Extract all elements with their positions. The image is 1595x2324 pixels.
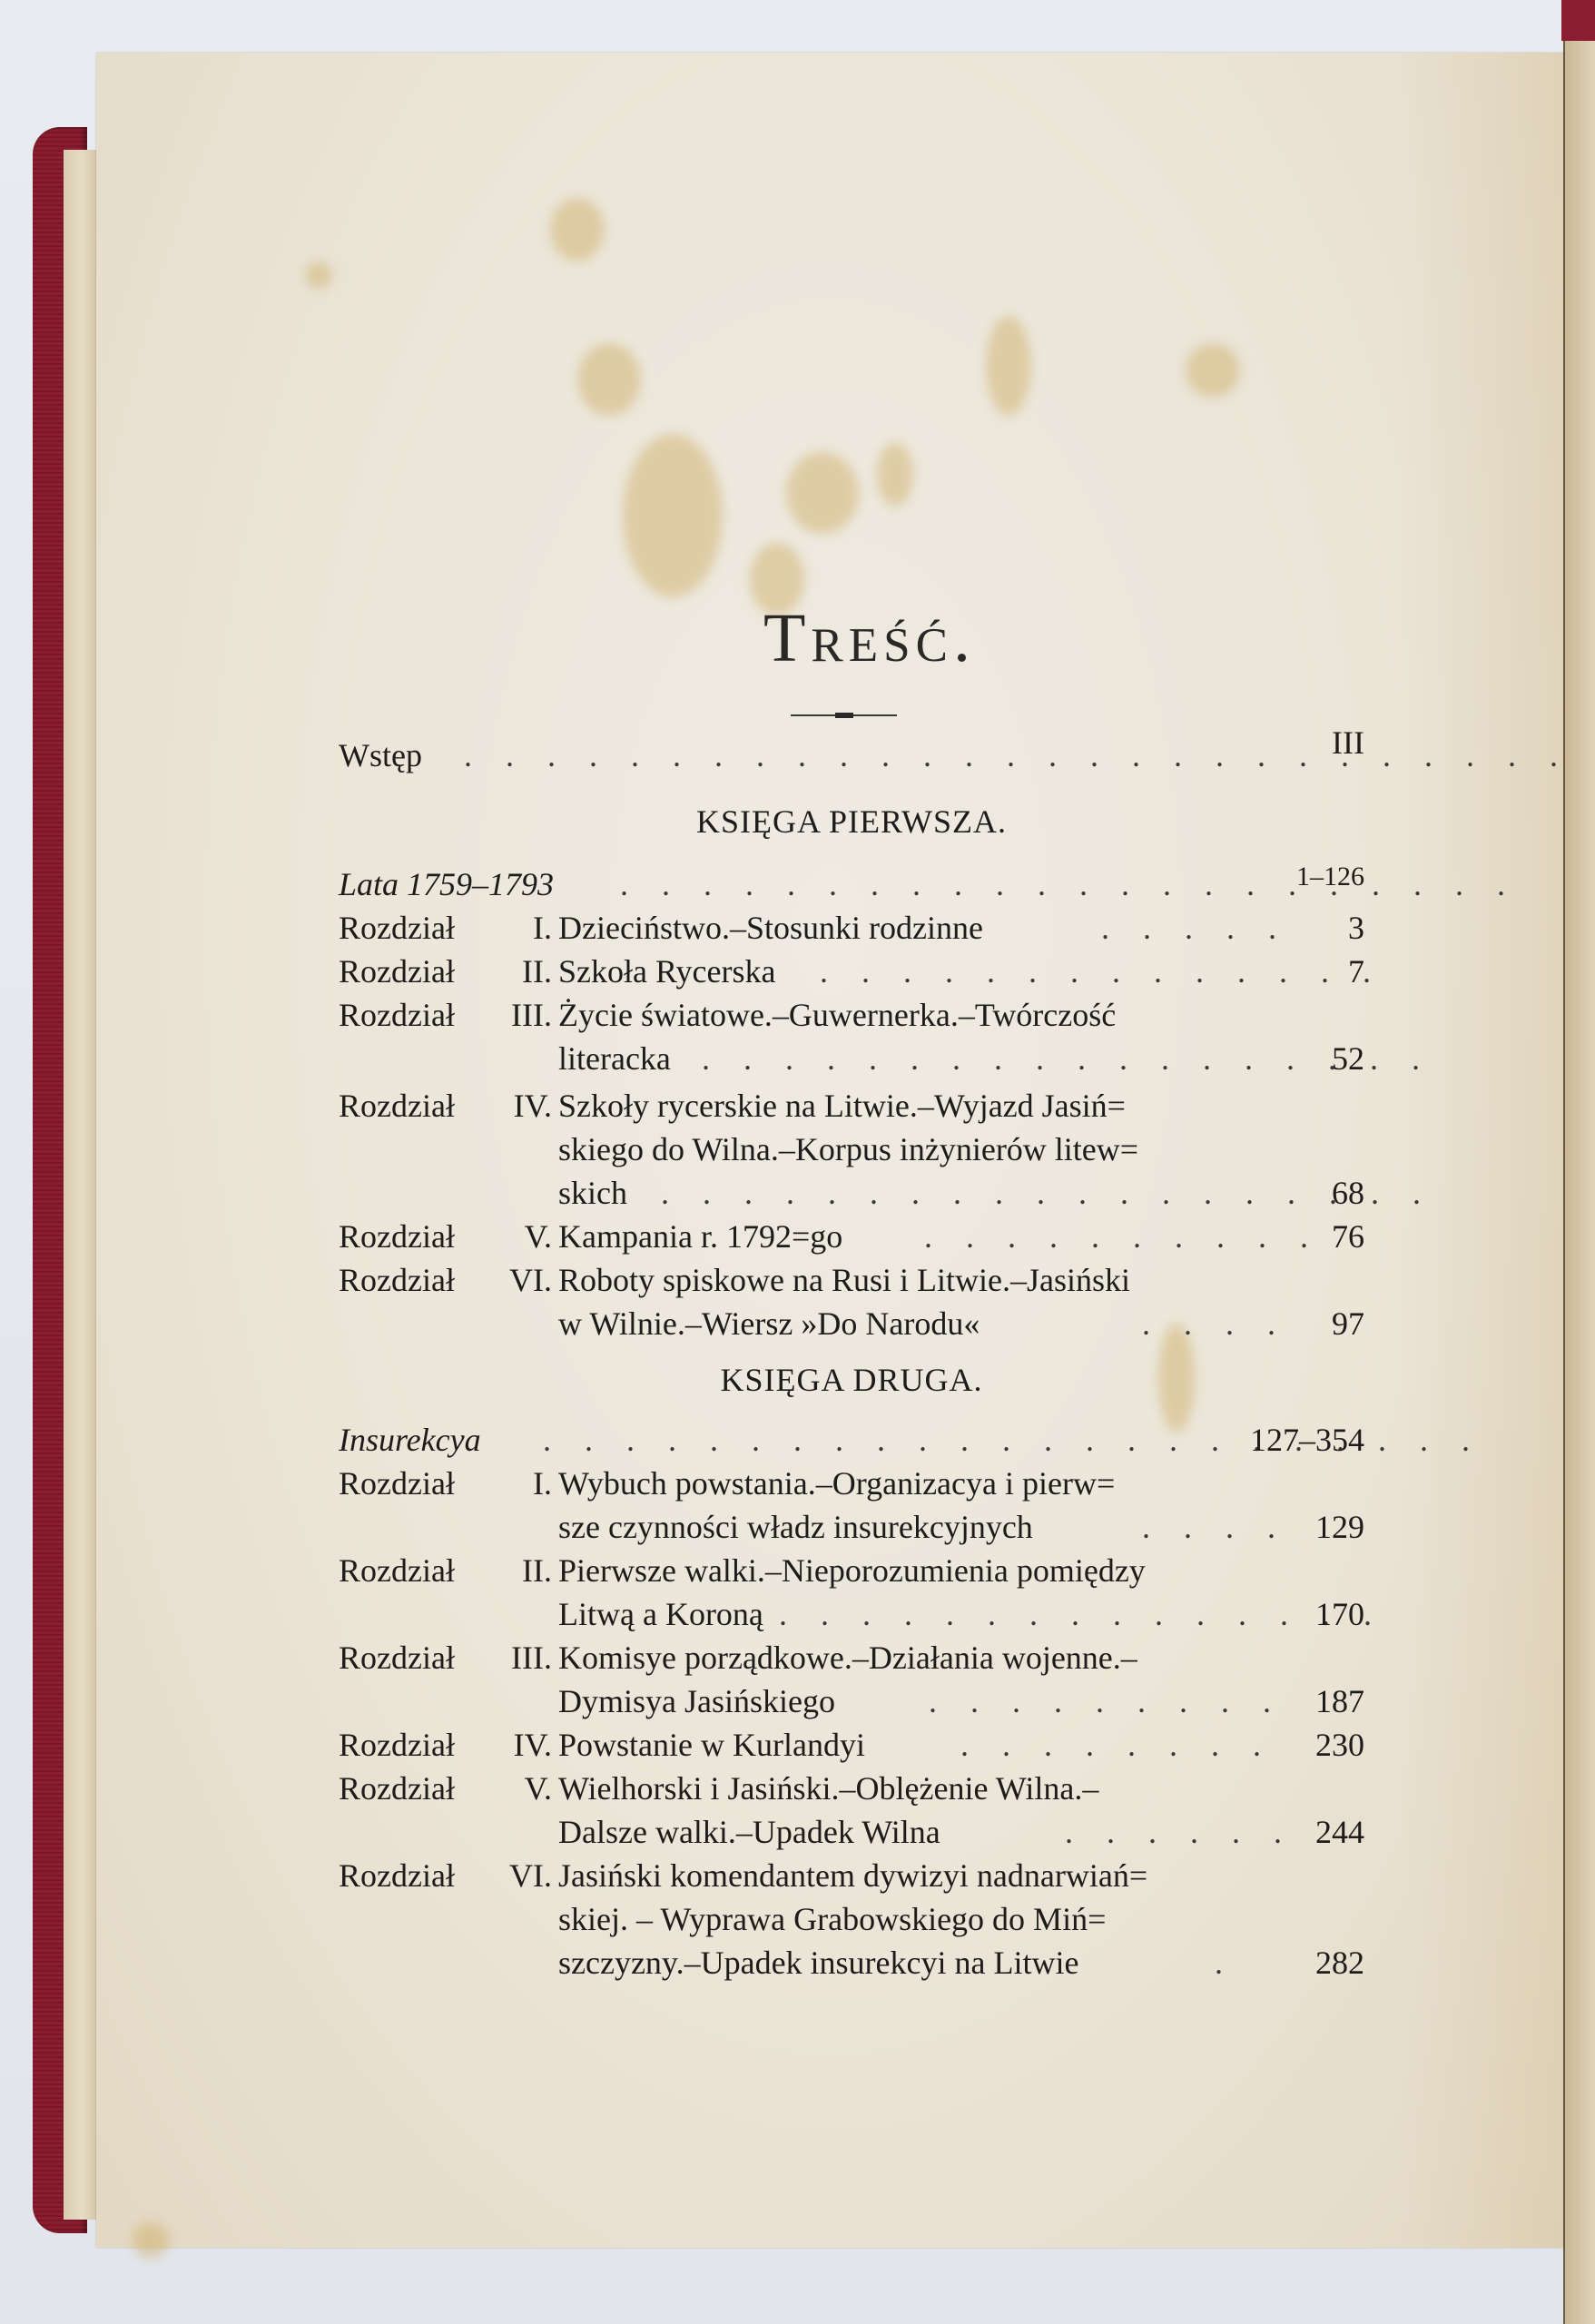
page-number: 7 xyxy=(1348,950,1364,993)
toc-chapter-entry[interactable]: Rozdział VI. Roboty spiskowe na Rusi i L… xyxy=(339,1258,1364,1302)
chapter-numeral: III. xyxy=(497,1636,552,1679)
part-label: Insurekcya xyxy=(339,1418,481,1462)
toc-chapter-continuation[interactable]: szczyzny.–Upadek insurekcyi na Litwie . … xyxy=(339,1941,1364,1984)
chapter-title-line: Komisye porządkowe.–Działania wojenne.– xyxy=(558,1636,1137,1679)
chapter-title-line: Szkoła Rycerska xyxy=(558,950,775,993)
chapter-numeral: I. xyxy=(497,1462,552,1505)
leader-dots: . . . . . xyxy=(1101,906,1289,950)
page-title: Treść. xyxy=(339,599,1364,678)
chapter-label: Rozdział xyxy=(339,1549,455,1592)
leader-dots: . . . . . . . . . . . . . . . . . . . . … xyxy=(620,862,1518,906)
page-number: 97 xyxy=(1332,1302,1364,1345)
toc-chapter-entry[interactable]: Rozdział IV. Powstanie w Kurlandyi . . .… xyxy=(339,1723,1364,1767)
toc-chapter-entry[interactable]: Rozdział V. Kampania r. 1792=go . . . . … xyxy=(339,1215,1364,1258)
chapter-label: Rozdział xyxy=(339,1723,455,1767)
chapter-numeral: V. xyxy=(497,1767,552,1810)
chapter-title-line: literacka xyxy=(558,1037,671,1080)
toc-chapter-entry[interactable]: Rozdział IV. Szkoły rycerskie na Litwie.… xyxy=(339,1084,1364,1128)
leader-dots: . . . . . . . . . . . . . . . xyxy=(779,1592,1384,1636)
toc-chapter-continuation[interactable]: skich . . . . . . . . . . . . . . . . . … xyxy=(339,1171,1364,1215)
toc-part-entry[interactable]: Insurekcya . . . . . . . . . . . . . . .… xyxy=(339,1418,1364,1462)
page-number: 76 xyxy=(1332,1215,1364,1258)
toc-chapter-entry[interactable]: Rozdział II. Pierwsze walki.–Nieporozumi… xyxy=(339,1549,1364,1592)
page-range: 1–126 xyxy=(1296,855,1364,899)
part-label: Lata 1759–1793 xyxy=(339,862,554,906)
foxing-stain xyxy=(577,343,641,416)
chapter-numeral: V. xyxy=(497,1215,552,1258)
leader-dots: . . . . . . . . . xyxy=(929,1679,1284,1723)
chapter-title-line: Powstanie w Kurlandyi xyxy=(558,1723,865,1767)
page-number: 230 xyxy=(1315,1723,1364,1767)
toc-entry-intro[interactable]: Wstęp . . . . . . . . . . . . . . . . . … xyxy=(339,734,1364,777)
chapter-label: Rozdział xyxy=(339,1084,455,1128)
chapter-title-line: Roboty spiskowe na Rusi i Litwie.–Jasińs… xyxy=(558,1258,1130,1302)
chapter-title-line: Jasiński komendantem dywizyi nadnarwiań= xyxy=(558,1854,1147,1897)
page-range: 127–354 xyxy=(1250,1418,1364,1462)
page-number: 68 xyxy=(1332,1171,1364,1215)
chapter-title-line: sze czynności władz insurekcyjnych xyxy=(558,1505,1033,1549)
chapter-numeral: II. xyxy=(497,1549,552,1592)
toc-chapter-entry[interactable]: Rozdział III. Życie światowe.–Guwernerka… xyxy=(339,993,1364,1037)
chapter-title-line: Dymisya Jasińskiego xyxy=(558,1679,835,1723)
toc-chapter-entry[interactable]: Rozdział VI. Jasiński komendantem dywizy… xyxy=(339,1854,1364,1897)
chapter-label: Rozdział xyxy=(339,1854,455,1897)
toc-chapter-continuation[interactable]: Dalsze walki.–Upadek Wilna . . . . . . 2… xyxy=(339,1810,1364,1854)
chapter-label: Rozdział xyxy=(339,1767,455,1810)
foxing-stain xyxy=(786,452,859,534)
chapter-numeral: II. xyxy=(497,950,552,993)
chapter-title-line: Kampania r. 1792=go xyxy=(558,1215,842,1258)
chapter-title-line: skiej. – Wyprawa Grabowskiego do Miń= xyxy=(558,1897,1106,1941)
chapter-title-line: Wybuch powstania.–Organizacya i pierw= xyxy=(558,1462,1115,1505)
toc-chapter-continuation[interactable]: skiej. – Wyprawa Grabowskiego do Miń= xyxy=(339,1897,1364,1941)
leader-dots: . . . . . . . . . . . . . . . . . . . xyxy=(661,1171,1433,1215)
chapter-title-line: w Wilnie.–Wiersz »Do Narodu« xyxy=(558,1302,980,1345)
chapter-numeral: IV. xyxy=(497,1084,552,1128)
chapter-title-line: skiego do Wilna.–Korpus inżynierów litew… xyxy=(558,1128,1138,1171)
toc-chapter-continuation[interactable]: skiego do Wilna.–Korpus inżynierów litew… xyxy=(339,1128,1364,1171)
chapter-title-line: Życie światowe.–Guwernerka.–Twórczość xyxy=(558,993,1116,1037)
chapter-numeral: III. xyxy=(497,993,552,1037)
page-gutter-edges xyxy=(64,150,100,2220)
leader-dots: . . . . . . xyxy=(1065,1810,1295,1854)
foxing-stain xyxy=(305,261,332,289)
page-number: III xyxy=(1332,721,1364,764)
toc-chapter-continuation[interactable]: literacka . . . . . . . . . . . . . . . … xyxy=(339,1037,1364,1080)
book-heading: KSIĘGA PIERWSZA. xyxy=(339,799,1364,844)
chapter-label: Rozdział xyxy=(339,906,455,950)
toc-chapter-entry[interactable]: Rozdział I. Wybuch powstania.–Organizacy… xyxy=(339,1462,1364,1505)
chapter-numeral: VI. xyxy=(497,1854,552,1897)
chapter-label: Rozdział xyxy=(339,1462,455,1505)
foxing-stain xyxy=(133,2222,169,2259)
foxing-stain xyxy=(986,316,1031,416)
toc-part-entry[interactable]: Lata 1759–1793 . . . . . . . . . . . . .… xyxy=(339,862,1364,906)
toc-chapter-continuation[interactable]: Litwą a Koroną . . . . . . . . . . . . .… xyxy=(339,1592,1364,1636)
chapter-title-line: Szkoły rycerskie na Litwie.–Wyjazd Jasiń… xyxy=(558,1084,1126,1128)
toc-chapter-continuation[interactable]: Dymisya Jasińskiego . . . . . . . . . 18… xyxy=(339,1679,1364,1723)
chapter-numeral: I. xyxy=(497,906,552,950)
toc-chapter-entry[interactable]: Rozdział II. Szkoła Rycerska . . . . . .… xyxy=(339,950,1364,993)
foxing-stain xyxy=(1186,343,1240,398)
leader-dots: . . . . xyxy=(1142,1302,1288,1345)
chapter-numeral: IV. xyxy=(497,1723,552,1767)
leader-dots: . . . . . . . . xyxy=(960,1723,1274,1767)
chapter-label: Rozdział xyxy=(339,1215,455,1258)
chapter-title-line: Litwą a Koroną xyxy=(558,1592,763,1636)
leader-dots: . . . . . . . . . . . . . . . . . . . . … xyxy=(464,734,1570,777)
chapter-title-line: Pierwsze walki.–Nieporozumienia pomiędzy xyxy=(558,1549,1146,1592)
title-ornament-knob xyxy=(835,713,853,718)
photo-scene: Treść. Wstęp . . . . . . . . . . . . . .… xyxy=(0,0,1595,2324)
chapter-numeral: VI. xyxy=(497,1258,552,1302)
foxing-stain xyxy=(550,198,605,261)
facing-page-edge xyxy=(1563,41,1595,2324)
page-number: 3 xyxy=(1348,906,1364,950)
facing-page-binding xyxy=(1561,0,1595,41)
chapter-label: Rozdział xyxy=(339,1636,455,1679)
page-number: 282 xyxy=(1315,1941,1364,1984)
chapter-label: Rozdział xyxy=(339,993,455,1037)
chapter-title-line: skich xyxy=(558,1171,627,1215)
leader-dots: . . . . xyxy=(1142,1505,1288,1549)
page-number: 187 xyxy=(1315,1679,1364,1723)
chapter-title-line: Dzieciństwo.–Stosunki rodzinne xyxy=(558,906,983,950)
leader-dots: . . . . . . . . . . xyxy=(924,1215,1321,1258)
leader-dots: . . . . . . . . . . . . . . . . . . xyxy=(702,1037,1433,1080)
toc-chapter-entry[interactable]: Rozdział III. Komisye porządkowe.–Działa… xyxy=(339,1636,1364,1679)
page-number: 170 xyxy=(1315,1592,1364,1636)
foxing-stain xyxy=(877,443,913,507)
foxing-stain xyxy=(623,434,723,597)
page-number: 244 xyxy=(1315,1810,1364,1854)
page-number: 52 xyxy=(1332,1037,1364,1080)
toc-chapter-entry[interactable]: Rozdział V. Wielhorski i Jasiński.–Oblęż… xyxy=(339,1767,1364,1810)
chapter-label: Rozdział xyxy=(339,950,455,993)
leader-dots: . xyxy=(1215,1941,1236,1984)
chapter-title-line: Dalsze walki.–Upadek Wilna xyxy=(558,1810,940,1854)
page-number: 129 xyxy=(1315,1505,1364,1549)
chapter-title-line: Wielhorski i Jasiński.–Oblężenie Wilna.– xyxy=(558,1767,1098,1810)
book-heading: KSIĘGA DRUGA. xyxy=(339,1357,1364,1403)
chapter-label: Rozdział xyxy=(339,1258,455,1302)
toc-chapter-continuation[interactable]: sze czynności władz insurekcyjnych . . .… xyxy=(339,1505,1364,1549)
leader-dots: . . . . . . . . . . . . . . xyxy=(820,950,1383,993)
toc-chapter-entry[interactable]: Rozdział I. Dzieciństwo.–Stosunki rodzin… xyxy=(339,906,1364,950)
chapter-title-line: szczyzny.–Upadek insurekcyi na Litwie xyxy=(558,1941,1078,1984)
toc-chapter-continuation[interactable]: w Wilnie.–Wiersz »Do Narodu« . . . . 97 xyxy=(339,1302,1364,1345)
entry-label: Wstęp xyxy=(339,734,422,777)
